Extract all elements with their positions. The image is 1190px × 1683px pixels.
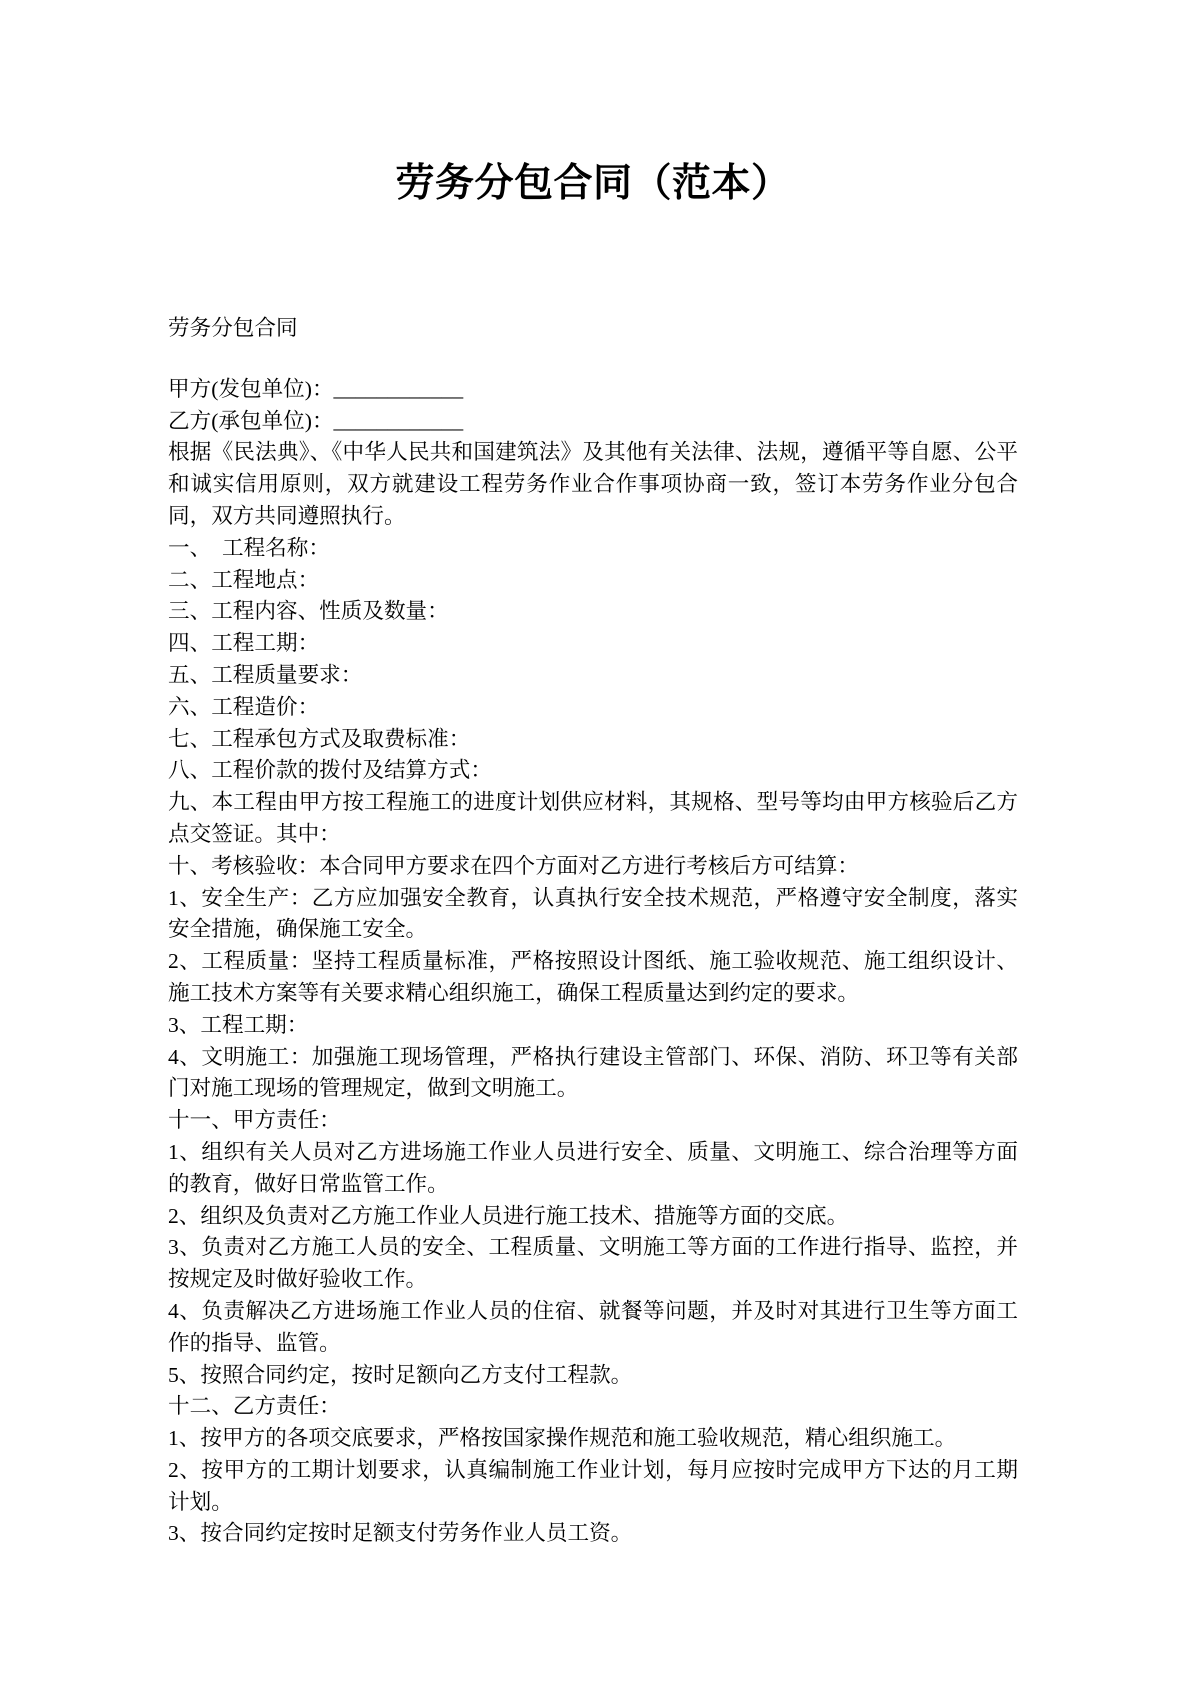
clause-paragraph: 3、负责对乙方施工人员的安全、工程质量、文明施工等方面的工作进行指导、监控，并按…	[168, 1232, 1018, 1296]
clause-paragraph: 3、按合同约定按时足额支付劳务作业人员工资。	[168, 1518, 1018, 1550]
party-b-line: 乙方(承包单位)：____________	[168, 406, 1018, 438]
party-a-blank: ____________	[334, 377, 464, 401]
clause-paragraph: 七、工程承包方式及取费标准：	[168, 724, 1018, 756]
clause-paragraph: 4、负责解决乙方进场施工作业人员的住宿、就餐等问题，并及时对其进行卫生等方面工作…	[168, 1296, 1018, 1360]
party-b-blank: ____________	[334, 409, 464, 433]
preamble-paragraph: 根据《民法典》、《中华人民共和国建筑法》及其他有关法律、法规，遵循平等自愿、公平…	[168, 437, 1018, 532]
clause-paragraph: 3、工程工期：	[168, 1010, 1018, 1042]
document-title: 劳务分包合同（范本）	[168, 0, 1018, 208]
party-a-line: 甲方(发包单位)：____________	[168, 374, 1018, 406]
clause-paragraph: 五、工程质量要求：	[168, 660, 1018, 692]
clause-paragraph: 2、组织及负责对乙方施工作业人员进行施工技术、措施等方面的交底。	[168, 1201, 1018, 1233]
clause-paragraph: 2、工程质量：坚持工程质量标准，严格按照设计图纸、施工验收规范、施工组织设计、施…	[168, 946, 1018, 1010]
clause-paragraph: 十一、甲方责任：	[168, 1105, 1018, 1137]
clause-paragraph: 一、 工程名称：	[168, 533, 1018, 565]
party-b-label: 乙方(承包单位)：	[168, 409, 334, 433]
clause-paragraph: 1、按甲方的各项交底要求，严格按国家操作规范和施工验收规范，精心组织施工。	[168, 1423, 1018, 1455]
clause-paragraph: 十、考核验收：本合同甲方要求在四个方面对乙方进行考核后方可结算：	[168, 851, 1018, 883]
clause-paragraph: 八、工程价款的拨付及结算方式：	[168, 755, 1018, 787]
clause-paragraph: 九、本工程由甲方按工程施工的进度计划供应材料，其规格、型号等均由甲方核验后乙方点…	[168, 787, 1018, 851]
clause-paragraph: 2、按甲方的工期计划要求，认真编制施工作业计划，每月应按时完成甲方下达的月工期计…	[168, 1455, 1018, 1519]
clause-paragraph: 六、工程造价：	[168, 692, 1018, 724]
clause-paragraph: 5、按照合同约定，按时足额向乙方支付工程款。	[168, 1360, 1018, 1392]
clause-list: 一、 工程名称： 二、工程地点： 三、工程内容、性质及数量： 四、工程工期： 五…	[168, 533, 1018, 1551]
clause-paragraph: 4、文明施工：加强施工现场管理，严格执行建设主管部门、环保、消防、环卫等有关部门…	[168, 1042, 1018, 1106]
party-a-label: 甲方(发包单位)：	[168, 377, 334, 401]
clause-paragraph: 二、工程地点：	[168, 565, 1018, 597]
clause-paragraph: 三、工程内容、性质及数量：	[168, 596, 1018, 628]
clause-paragraph: 四、工程工期：	[168, 628, 1018, 660]
clause-paragraph: 1、组织有关人员对乙方进场施工作业人员进行安全、质量、文明施工、综合治理等方面的…	[168, 1137, 1018, 1201]
intro-heading: 劳务分包合同	[168, 313, 1018, 345]
clause-paragraph: 1、安全生产：乙方应加强安全教育，认真执行安全技术规范，严格遵守安全制度，落实安…	[168, 883, 1018, 947]
contract-document-page: 劳务分包合同（范本） 劳务分包合同 甲方(发包单位)：____________ …	[0, 0, 1190, 1683]
clause-paragraph: 十二、乙方责任：	[168, 1391, 1018, 1423]
